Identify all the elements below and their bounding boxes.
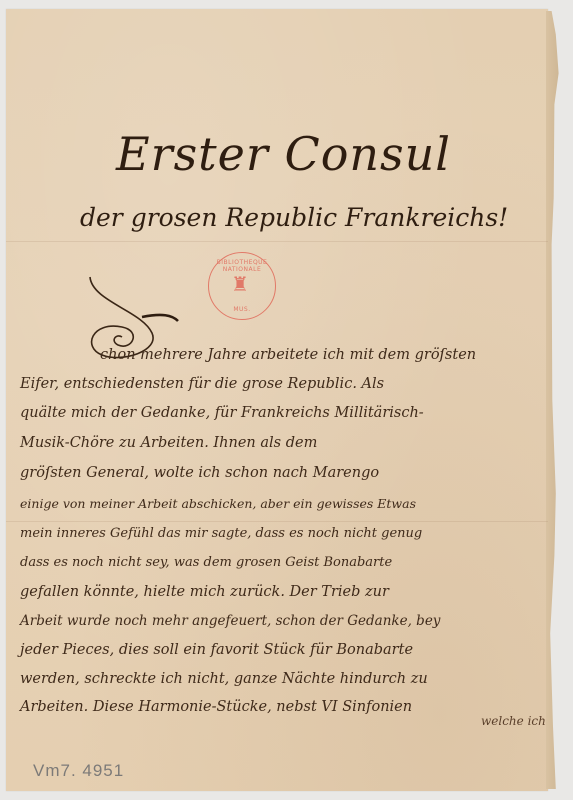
stamp-text-top: BIBLIOTHEQUE NATIONALE bbox=[209, 259, 275, 273]
manuscript-page: Erster Consul der grosen Republic Frankr… bbox=[6, 9, 548, 791]
shelfmark: Vm7. 4951 bbox=[33, 761, 124, 781]
torn-page-edge bbox=[546, 11, 560, 789]
fold-line bbox=[6, 521, 548, 522]
fold-line bbox=[6, 241, 548, 242]
stamp-text-bottom: MUS. bbox=[209, 306, 275, 313]
body-line: einige von meiner Arbeit abschicken, abe… bbox=[20, 496, 416, 511]
title-line-2: der grosen Republic Frankreichs! bbox=[80, 203, 508, 232]
body-line: werden, schreckte ich nicht, ganze Nächt… bbox=[20, 671, 428, 687]
body-line: mein inneres Gefühl das mir sagte, dass … bbox=[20, 526, 422, 541]
body-line: gefallen könnte, hielte mich zurück. Der… bbox=[20, 584, 389, 600]
body-line: Eifer, entschiedensten für die grose Rep… bbox=[20, 376, 384, 392]
body-line: gröſsten General, wolte ich schon nach M… bbox=[20, 465, 379, 481]
decorative-initial-s-icon bbox=[82, 271, 192, 381]
library-stamp: BIBLIOTHEQUE NATIONALE ♜ MUS. bbox=[208, 252, 276, 320]
body-line: Musik-Chöre zu Arbeiten. Ihnen als dem bbox=[20, 435, 317, 451]
body-line: quälte mich der Gedanke, für Frankreichs… bbox=[20, 405, 424, 421]
body-line: dass es noch nicht sey, was dem grosen G… bbox=[20, 555, 392, 570]
body-line: Arbeit wurde noch mehr angefeuert, schon… bbox=[20, 613, 440, 629]
body-line: chon mehrere Jahre arbeitete ich mit dem… bbox=[100, 347, 476, 363]
body-line: Arbeiten. Diese Harmonie-Stücke, nebst V… bbox=[20, 699, 412, 715]
title-line-1: Erster Consul bbox=[116, 127, 451, 181]
catchword: welche ich bbox=[481, 714, 546, 728]
eagle-icon: ♜ bbox=[231, 273, 249, 295]
body-line: jeder Pieces, dies soll ein favorit Stüc… bbox=[20, 642, 413, 658]
